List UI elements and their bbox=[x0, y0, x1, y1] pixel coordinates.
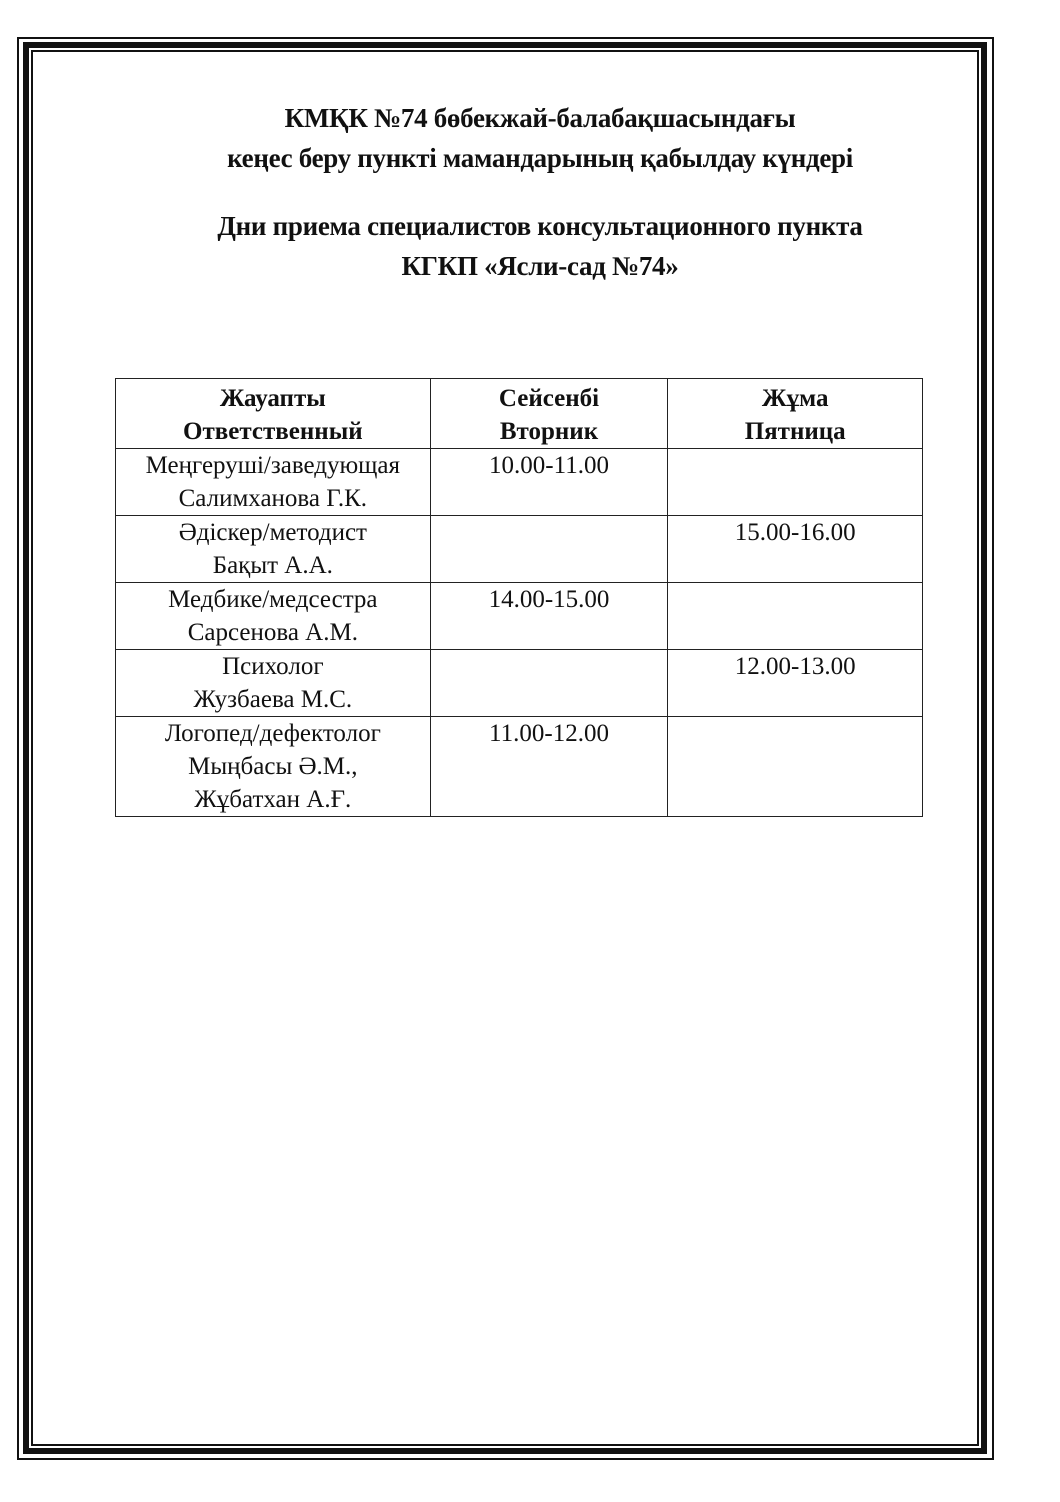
cell-friday: 12.00-13.00 bbox=[668, 650, 923, 717]
time-slot: 15.00-16.00 bbox=[668, 516, 922, 549]
time-slot: 11.00-12.00 bbox=[431, 717, 668, 750]
time-slot: 12.00-13.00 bbox=[668, 650, 922, 683]
table-row: Әдіскер/методист Бақыт А.А. 15.00-16.00 bbox=[116, 516, 923, 583]
cell-friday bbox=[668, 583, 923, 650]
header-tuesday-ru: Вторник bbox=[431, 415, 668, 448]
table-row: Психолог Жузбаева М.С. 12.00-13.00 bbox=[116, 650, 923, 717]
header-responsible: Жауапты Ответственный bbox=[116, 379, 431, 449]
table-header-row: Жауапты Ответственный Сейсенбі Вторник Ж… bbox=[116, 379, 923, 449]
time-slot: 14.00-15.00 bbox=[431, 583, 668, 616]
role: Логопед/дефектолог bbox=[116, 717, 430, 750]
person-name: Сарсенова А.М. bbox=[116, 616, 430, 649]
header-responsible-ru: Ответственный bbox=[116, 415, 430, 448]
header-friday-ru: Пятница bbox=[668, 415, 922, 448]
role: Меңгеруші/заведующая bbox=[116, 449, 430, 482]
role: Әдіскер/методист bbox=[116, 516, 430, 549]
cell-responsible: Әдіскер/методист Бақыт А.А. bbox=[116, 516, 431, 583]
person-name: Салимханова Г.К. bbox=[116, 482, 430, 515]
cell-tuesday: 10.00-11.00 bbox=[430, 449, 668, 516]
cell-responsible: Меңгеруші/заведующая Салимханова Г.К. bbox=[116, 449, 431, 516]
title-russian: Дни приема специалистов консультационног… bbox=[40, 206, 1040, 286]
cell-friday bbox=[668, 449, 923, 516]
header-tuesday-kz: Сейсенбі bbox=[431, 382, 668, 415]
header-responsible-kz: Жауапты bbox=[116, 382, 430, 415]
role: Медбике/медсестра bbox=[116, 583, 430, 616]
cell-tuesday: 14.00-15.00 bbox=[430, 583, 668, 650]
cell-tuesday bbox=[430, 516, 668, 583]
cell-tuesday: 11.00-12.00 bbox=[430, 717, 668, 817]
title-kazakh-line-2: кеңес беру пункті мамандарының қабылдау … bbox=[40, 138, 1040, 178]
header-friday: Жұма Пятница bbox=[668, 379, 923, 449]
header-friday-kz: Жұма bbox=[668, 382, 922, 415]
time-slot: 10.00-11.00 bbox=[431, 449, 668, 482]
schedule-table: Жауапты Ответственный Сейсенбі Вторник Ж… bbox=[115, 378, 923, 817]
person-name: Жузбаева М.С. bbox=[116, 683, 430, 716]
cell-responsible: Психолог Жузбаева М.С. bbox=[116, 650, 431, 717]
table-row: Логопед/дефектолог Мыңбасы Ә.М., Жұбатха… bbox=[116, 717, 923, 817]
person-name: Бақыт А.А. bbox=[116, 549, 430, 582]
cell-responsible: Логопед/дефектолог Мыңбасы Ә.М., Жұбатха… bbox=[116, 717, 431, 817]
header-tuesday: Сейсенбі Вторник bbox=[430, 379, 668, 449]
title-kazakh: КМҚК №74 бөбекжай-балабақшасындағы кеңес… bbox=[40, 98, 1040, 178]
table-row: Медбике/медсестра Сарсенова А.М. 14.00-1… bbox=[116, 583, 923, 650]
table-row: Меңгеруші/заведующая Салимханова Г.К. 10… bbox=[116, 449, 923, 516]
cell-responsible: Медбике/медсестра Сарсенова А.М. bbox=[116, 583, 431, 650]
title-kazakh-line-1: КМҚК №74 бөбекжай-балабақшасындағы bbox=[40, 98, 1040, 138]
cell-friday: 15.00-16.00 bbox=[668, 516, 923, 583]
title-russian-line-2: КГКП «Ясли-сад №74» bbox=[40, 246, 1040, 286]
role: Психолог bbox=[116, 650, 430, 683]
cell-tuesday bbox=[430, 650, 668, 717]
title-russian-line-1: Дни приема специалистов консультационног… bbox=[40, 206, 1040, 246]
cell-friday bbox=[668, 717, 923, 817]
person-name: Жұбатхан А.Ғ. bbox=[116, 783, 430, 816]
person-name: Мыңбасы Ә.М., bbox=[116, 750, 430, 783]
